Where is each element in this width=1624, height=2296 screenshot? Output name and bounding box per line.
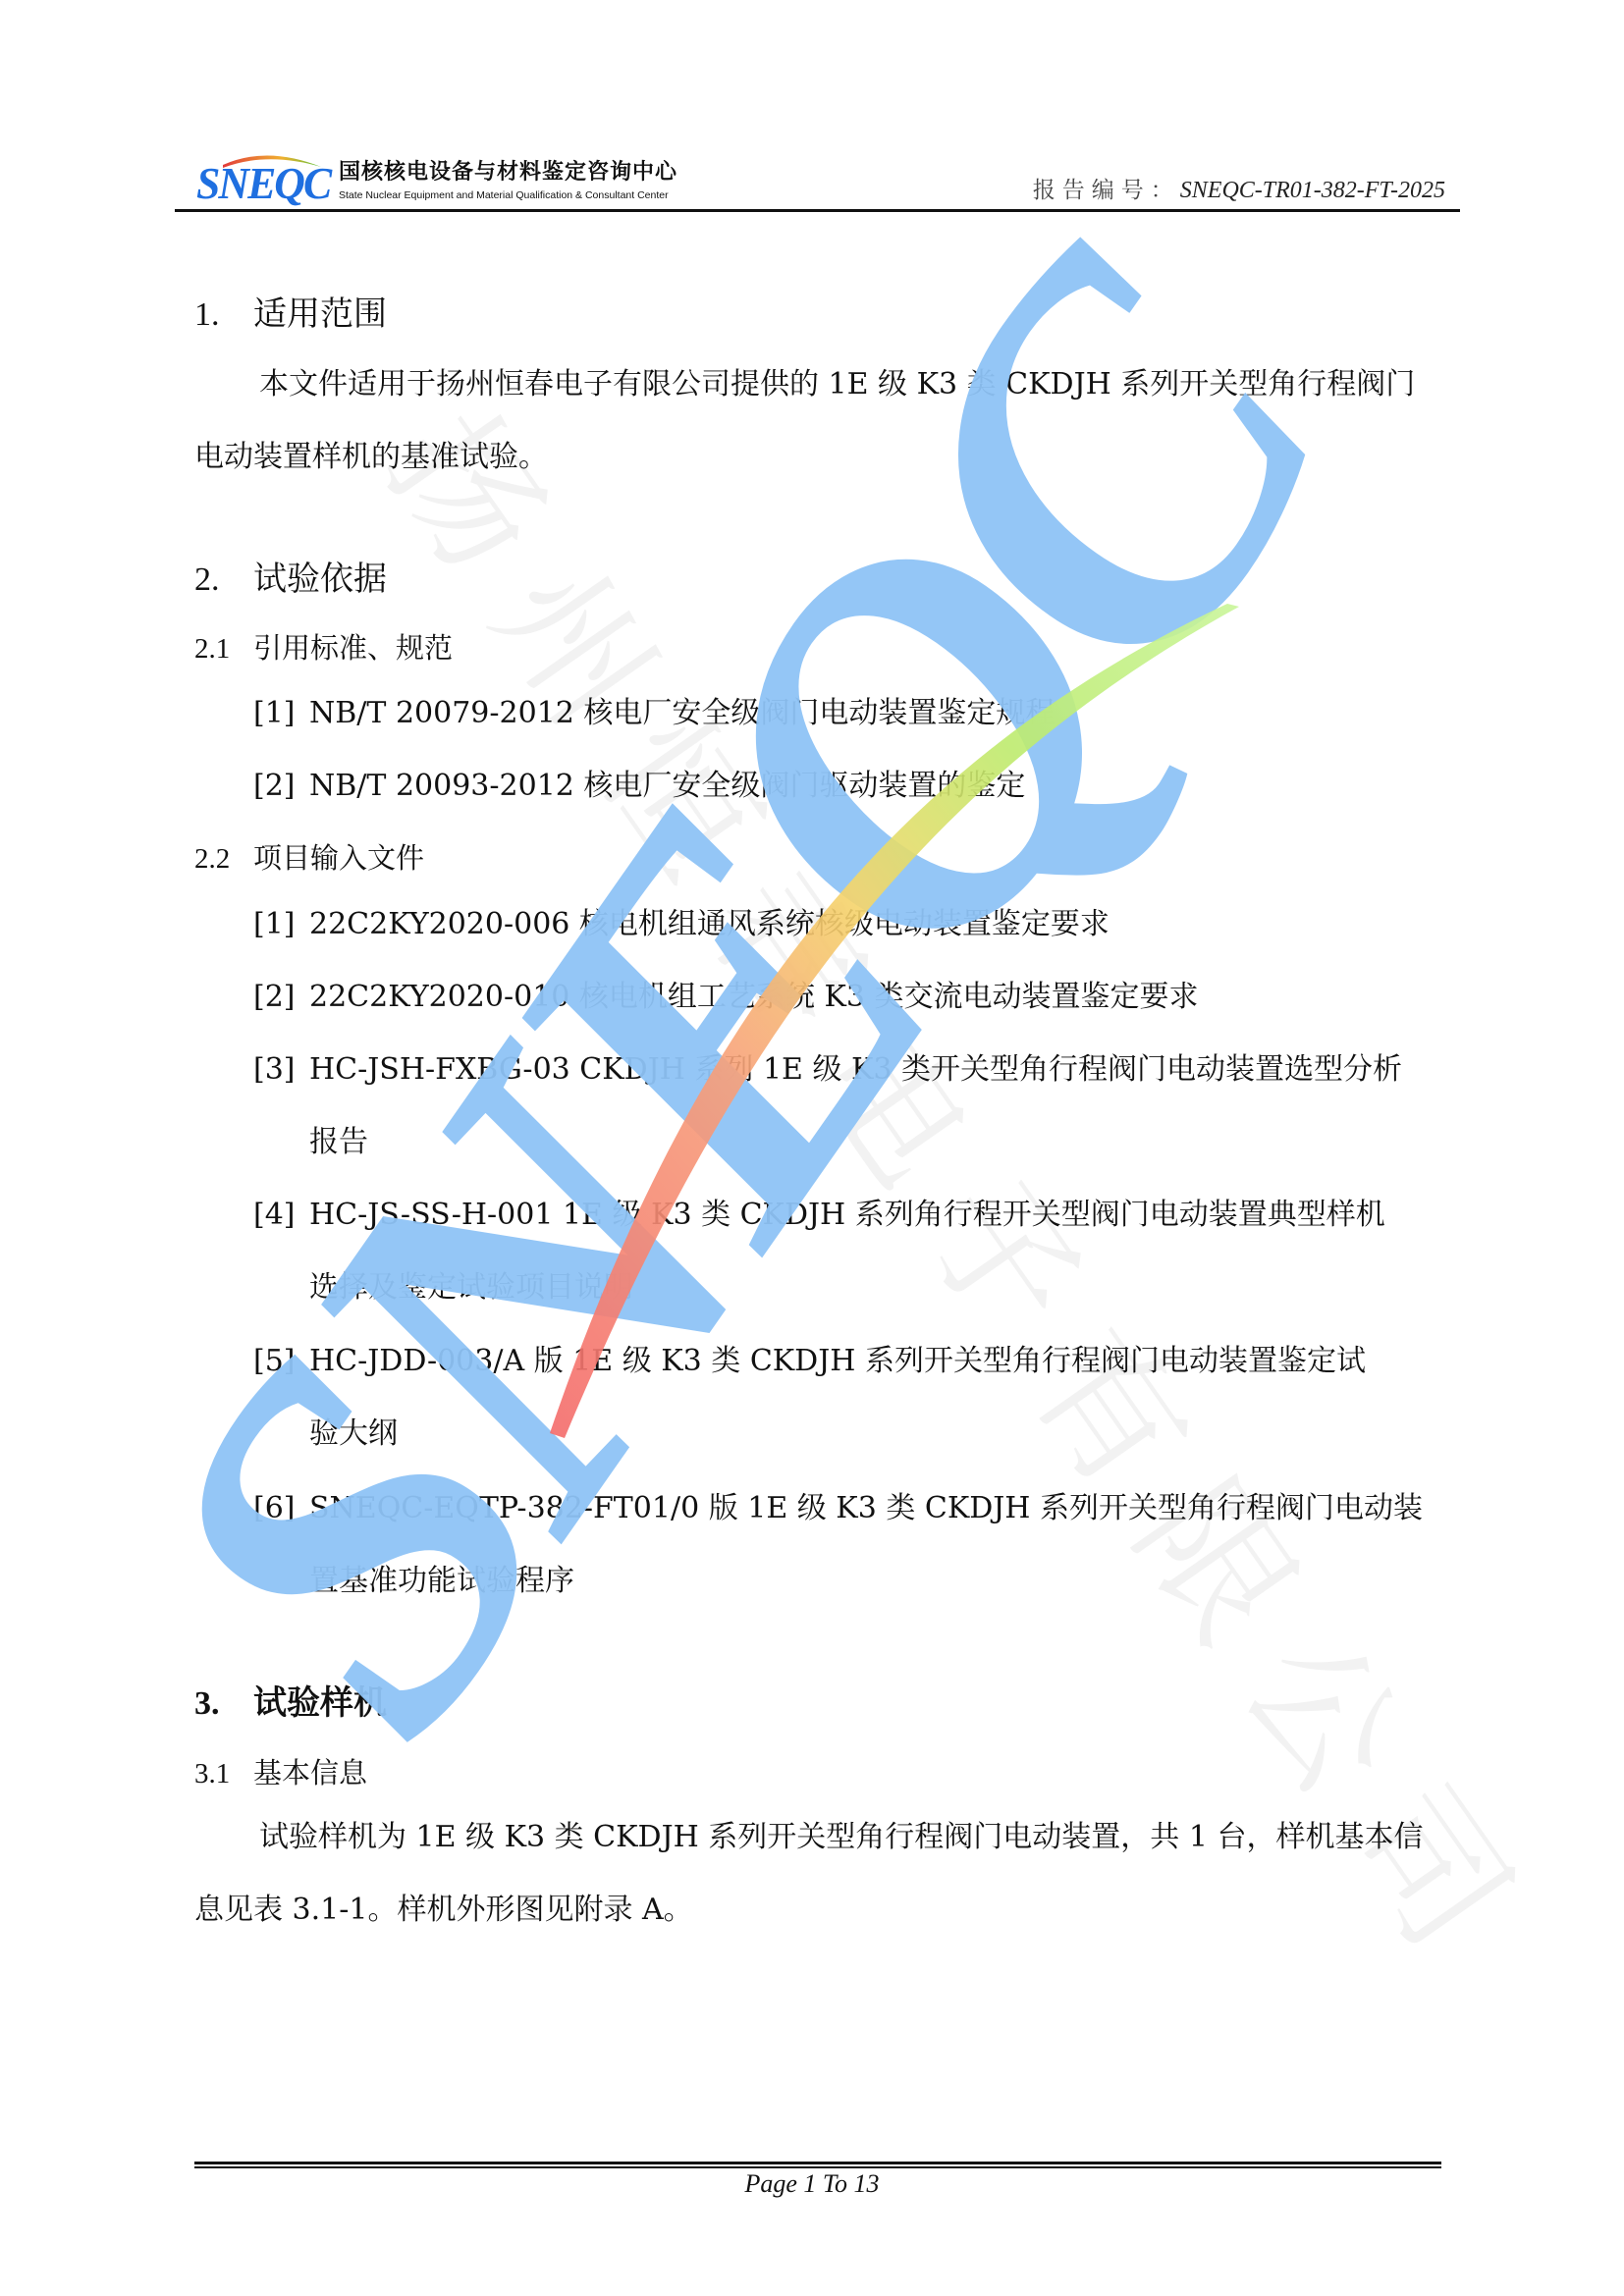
- section-3-heading: 3.试验样机: [194, 1676, 387, 1724]
- footer-divider-thick: [194, 2162, 1441, 2164]
- section-2-heading: 2.试验依据: [194, 552, 387, 600]
- input-file-item: [3]HC-JSH-FXBG-03 CKDJH 系列 1E 级 K3 类开关型角…: [253, 1034, 1443, 1179]
- input-file-item: [5]HC-JDD-003/A 版 1E 级 K3 类 CKDJH 系列开关型角…: [253, 1325, 1443, 1470]
- input-file-item: [6]SNEQC-EQTP-382-FT01/0 版 1E 级 K3 类 CKD…: [253, 1472, 1443, 1618]
- report-number-value: SNEQC-TR01-382-FT-2025: [1180, 178, 1445, 203]
- footer-divider-thin: [194, 2166, 1441, 2168]
- org-name-en: State Nuclear Equipment and Material Qua…: [339, 189, 669, 201]
- section-1-paragraph: 本文件适用于扬州恒春电子有限公司提供的 1E 级 K3 类 CKDJH 系列开关…: [194, 348, 1441, 494]
- logo-arc-icon: [193, 147, 326, 208]
- reference-item: [2]NB/T 20093-2012 核电厂安全级阀门驱动装置的鉴定: [253, 750, 1443, 823]
- input-file-item: [1]22C2KY2020-006 核电机组通风系统核级电动装置鉴定要求: [253, 888, 1443, 961]
- section-3-1-paragraph: 试验样机为 1E 级 K3 类 CKDJH 系列开关型角行程阀门电动装置，共 1…: [194, 1801, 1441, 1947]
- report-number-label: 报告编号：: [1033, 178, 1180, 203]
- report-number: 报告编号：SNEQC-TR01-382-FT-2025: [1033, 172, 1445, 204]
- input-file-item: [4]HC-JS-SS-H-001 1E 级 K3 类 CKDJH 系列角行程开…: [253, 1179, 1443, 1324]
- section-2-2-heading: 2.2项目输入文件: [194, 836, 424, 877]
- page-number: Page 1 To 13: [0, 2169, 1624, 2199]
- section-2-1-heading: 2.1引用标准、规范: [194, 626, 453, 667]
- header-divider: [175, 209, 1460, 212]
- reference-item: [1]NB/T 20079-2012 核电厂安全级阀门电动装置鉴定规程: [253, 677, 1443, 750]
- input-file-item: [2]22C2KY2020-010 核电机组工艺系统 K3 类交流电动装置鉴定要…: [253, 961, 1443, 1034]
- org-name-cn: 国核核电设备与材料鉴定咨询中心: [339, 155, 677, 186]
- section-1-heading: 1.适用范围: [194, 287, 387, 335]
- section-3-1-heading: 3.1基本信息: [194, 1751, 367, 1791]
